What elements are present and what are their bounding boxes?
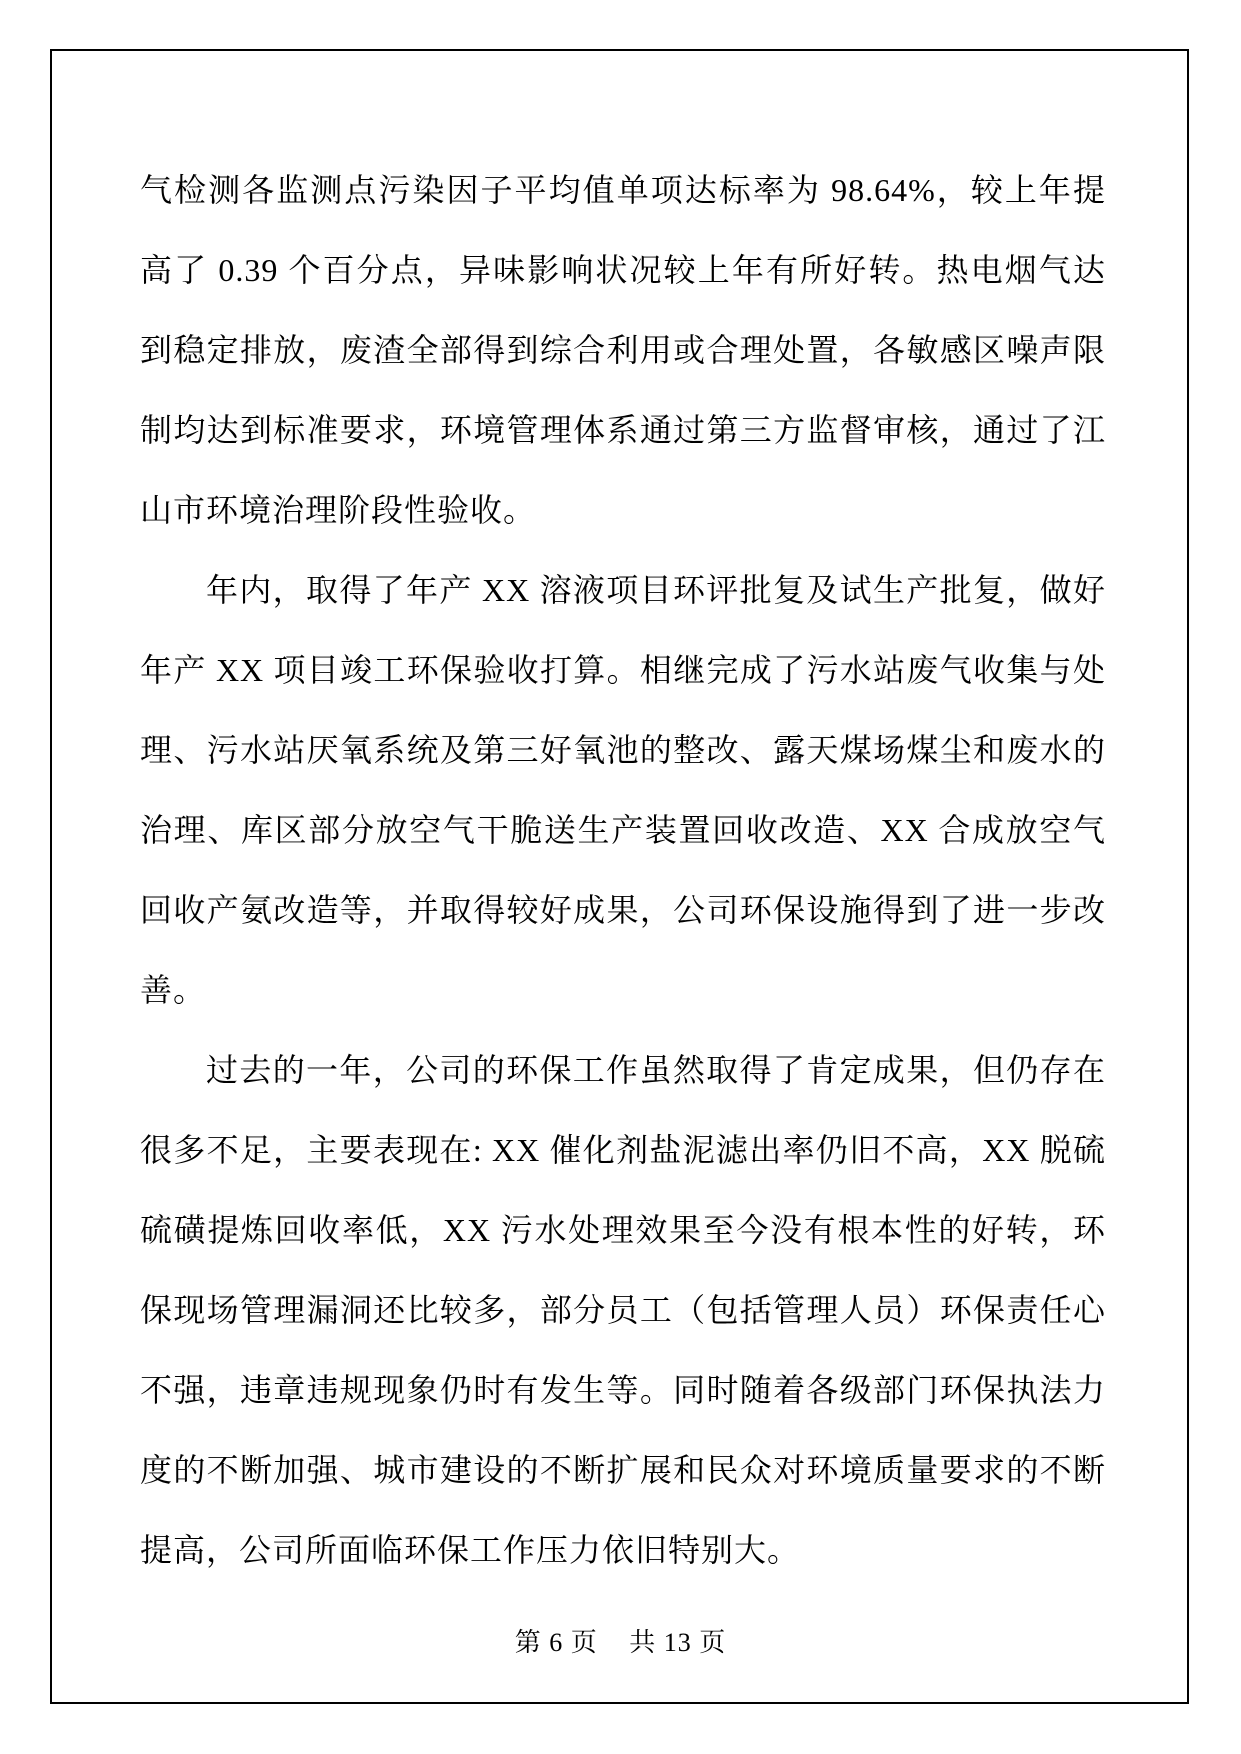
- page-number: 6: [549, 1628, 563, 1657]
- paragraph: 气检测各监测点污染因子平均值单项达标率为 98.64%，较上年提高了 0.39 …: [140, 150, 1106, 550]
- total-pages-unit: 页: [699, 1628, 726, 1657]
- page-number-unit: 页: [571, 1628, 598, 1657]
- document-body: 气检测各监测点污染因子平均值单项达标率为 98.64%，较上年提高了 0.39 …: [140, 150, 1106, 1590]
- total-pages: 13: [664, 1628, 692, 1657]
- page-footer: 第 6 页 共 13 页: [0, 1622, 1241, 1659]
- document-page: 气检测各监测点污染因子平均值单项达标率为 98.64%，较上年提高了 0.39 …: [0, 0, 1241, 1754]
- paragraph: 年内，取得了年产 XX 溶液项目环评批复及试生产批复，做好年产 XX 项目竣工环…: [140, 550, 1106, 1030]
- paragraph: 过去的一年，公司的环保工作虽然取得了肯定成果，但仍存在很多不足，主要表现在: X…: [140, 1030, 1106, 1590]
- total-pages-prefix: 共: [629, 1628, 656, 1657]
- page-number-prefix: 第: [515, 1628, 542, 1657]
